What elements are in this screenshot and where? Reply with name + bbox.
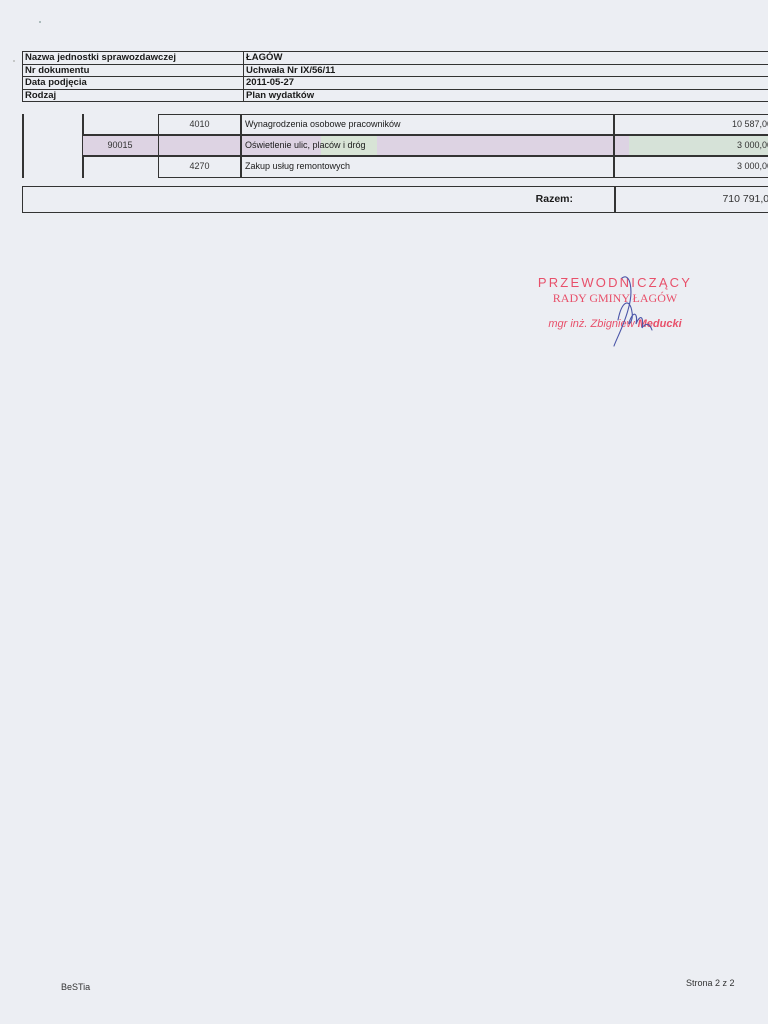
amount-cell: 3 000,00 bbox=[614, 156, 768, 176]
paragraf-cell: 4270 bbox=[158, 156, 241, 176]
info-row: Rodzaj Plan wydatków bbox=[23, 89, 768, 102]
info-value: Plan wydatków bbox=[244, 89, 768, 102]
info-row: Nazwa jednostki sprawozdawczej ŁAGÓW bbox=[23, 52, 768, 65]
amount-cell: 10 587,00 bbox=[614, 114, 768, 134]
info-label: Nazwa jednostki sprawozdawczej bbox=[23, 52, 244, 65]
footer-system-name: BeSTia bbox=[61, 982, 90, 992]
table-row: 4270 Zakup usług remontowych 3 000,00 bbox=[82, 156, 768, 176]
info-label: Nr dokumentu bbox=[23, 64, 244, 77]
column-divider bbox=[614, 187, 616, 212]
rozdzial-cell bbox=[82, 156, 158, 176]
total-row: Razem: 710 791,00 bbox=[22, 186, 768, 213]
description-cell: Zakup usług remontowych bbox=[242, 156, 615, 176]
scan-speck bbox=[13, 60, 15, 62]
description-cell: Wynagrodzenia osobowe pracowników bbox=[242, 114, 615, 134]
footer-page-number: Strona 2 z 2 bbox=[686, 978, 735, 988]
document-info-table: Nazwa jednostki sprawozdawczej ŁAGÓW Nr … bbox=[22, 51, 768, 102]
total-value: 710 791,00 bbox=[617, 187, 768, 211]
rozdzial-cell: 90015 bbox=[82, 135, 158, 155]
rozdzial-cell bbox=[82, 114, 158, 134]
description-cell: Oświetlenie ulic, placów i dróg bbox=[242, 135, 615, 155]
info-label: Rodzaj bbox=[23, 89, 244, 102]
table-row: 4010 Wynagrodzenia osobowe pracowników 1… bbox=[82, 114, 768, 134]
info-label: Data podjęcia bbox=[23, 77, 244, 90]
total-label: Razem: bbox=[23, 187, 573, 212]
expense-detail-table: 4010 Wynagrodzenia osobowe pracowników 1… bbox=[22, 114, 768, 178]
handwritten-signature bbox=[600, 270, 660, 350]
info-value: ŁAGÓW bbox=[244, 52, 768, 65]
info-value: 2011-05-27 bbox=[244, 77, 768, 90]
paragraf-cell: 4010 bbox=[158, 114, 241, 134]
scan-speck bbox=[39, 21, 41, 23]
amount-cell: 3 000,00 bbox=[614, 135, 768, 155]
table-row: 90015 Oświetlenie ulic, placów i dróg 3 … bbox=[82, 135, 768, 155]
tree-line bbox=[22, 114, 24, 178]
info-row: Data podjęcia 2011-05-27 bbox=[23, 77, 768, 90]
info-row: Nr dokumentu Uchwała Nr IX/56/11 bbox=[23, 64, 768, 77]
paragraf-cell bbox=[158, 135, 241, 155]
info-value: Uchwała Nr IX/56/11 bbox=[244, 64, 768, 77]
